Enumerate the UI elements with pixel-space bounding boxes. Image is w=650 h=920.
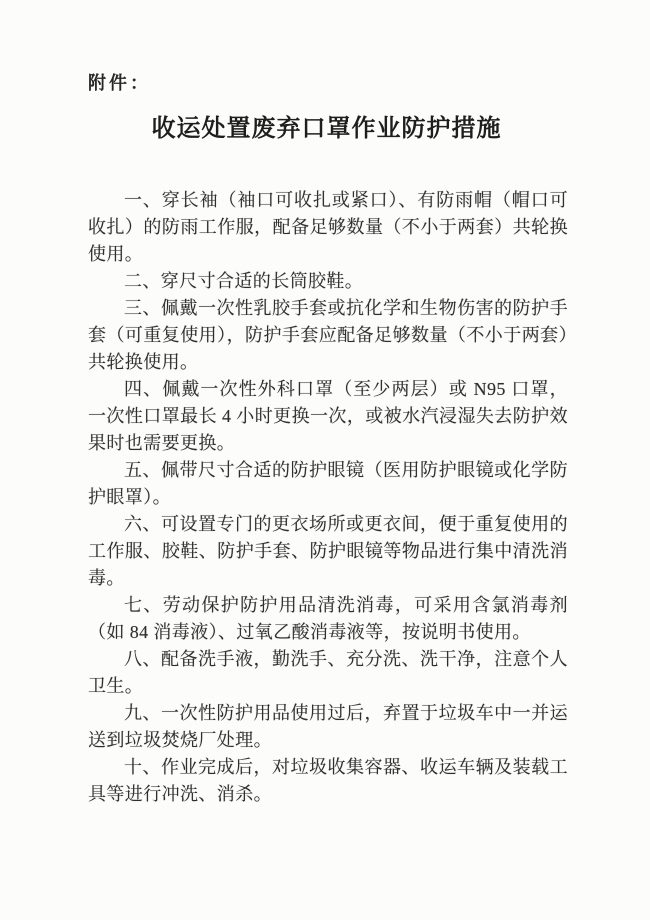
document-title: 收运处置废弃口罩作业防护措施	[88, 114, 565, 144]
document-page: 附件： 收运处置废弃口罩作业防护措施 一、穿长袖（袖口可收扎或紧口）、有防雨帽（…	[0, 0, 650, 920]
paragraph-item-10: 十、作业完成后，对垃圾收集容器、收运车辆及装载工具等进行冲洗、消杀。	[88, 754, 568, 808]
paragraph-item-6: 六、可设置专门的更衣场所或更衣间，便于重复使用的工作服、胶鞋、防护手套、防护眼镜…	[88, 511, 568, 592]
paragraph-item-7: 七、劳动保护防护用品清洗消毒，可采用含氯消毒剂（如 84 消毒液）、过氧乙酸消毒…	[88, 592, 568, 646]
document-body: 一、穿长袖（袖口可收扎或紧口）、有防雨帽（帽口可收扎）的防雨工作服，配备足够数量…	[88, 187, 568, 808]
paragraph-item-8: 八、配备洗手液，勤洗手、充分洗、洗干净，注意个人卫生。	[88, 646, 568, 700]
paragraph-item-9: 九、一次性防护用品使用过后，弃置于垃圾车中一并运送到垃圾焚烧厂处理。	[88, 700, 568, 754]
paragraph-item-2: 二、穿尺寸合适的长筒胶鞋。	[88, 268, 568, 295]
paragraph-item-1: 一、穿长袖（袖口可收扎或紧口）、有防雨帽（帽口可收扎）的防雨工作服，配备足够数量…	[88, 187, 568, 268]
paragraph-item-4: 四、佩戴一次性外科口罩（至少两层）或 N95 口罩，一次性口罩最长 4 小时更换…	[88, 376, 568, 457]
attachment-label: 附件：	[88, 72, 565, 94]
paragraph-item-5: 五、佩带尺寸合适的防护眼镜（医用防护眼镜或化学防护眼罩）。	[88, 457, 568, 511]
paragraph-item-3: 三、佩戴一次性乳胶手套或抗化学和生物伤害的防护手套（可重复使用），防护手套应配备…	[88, 295, 568, 376]
